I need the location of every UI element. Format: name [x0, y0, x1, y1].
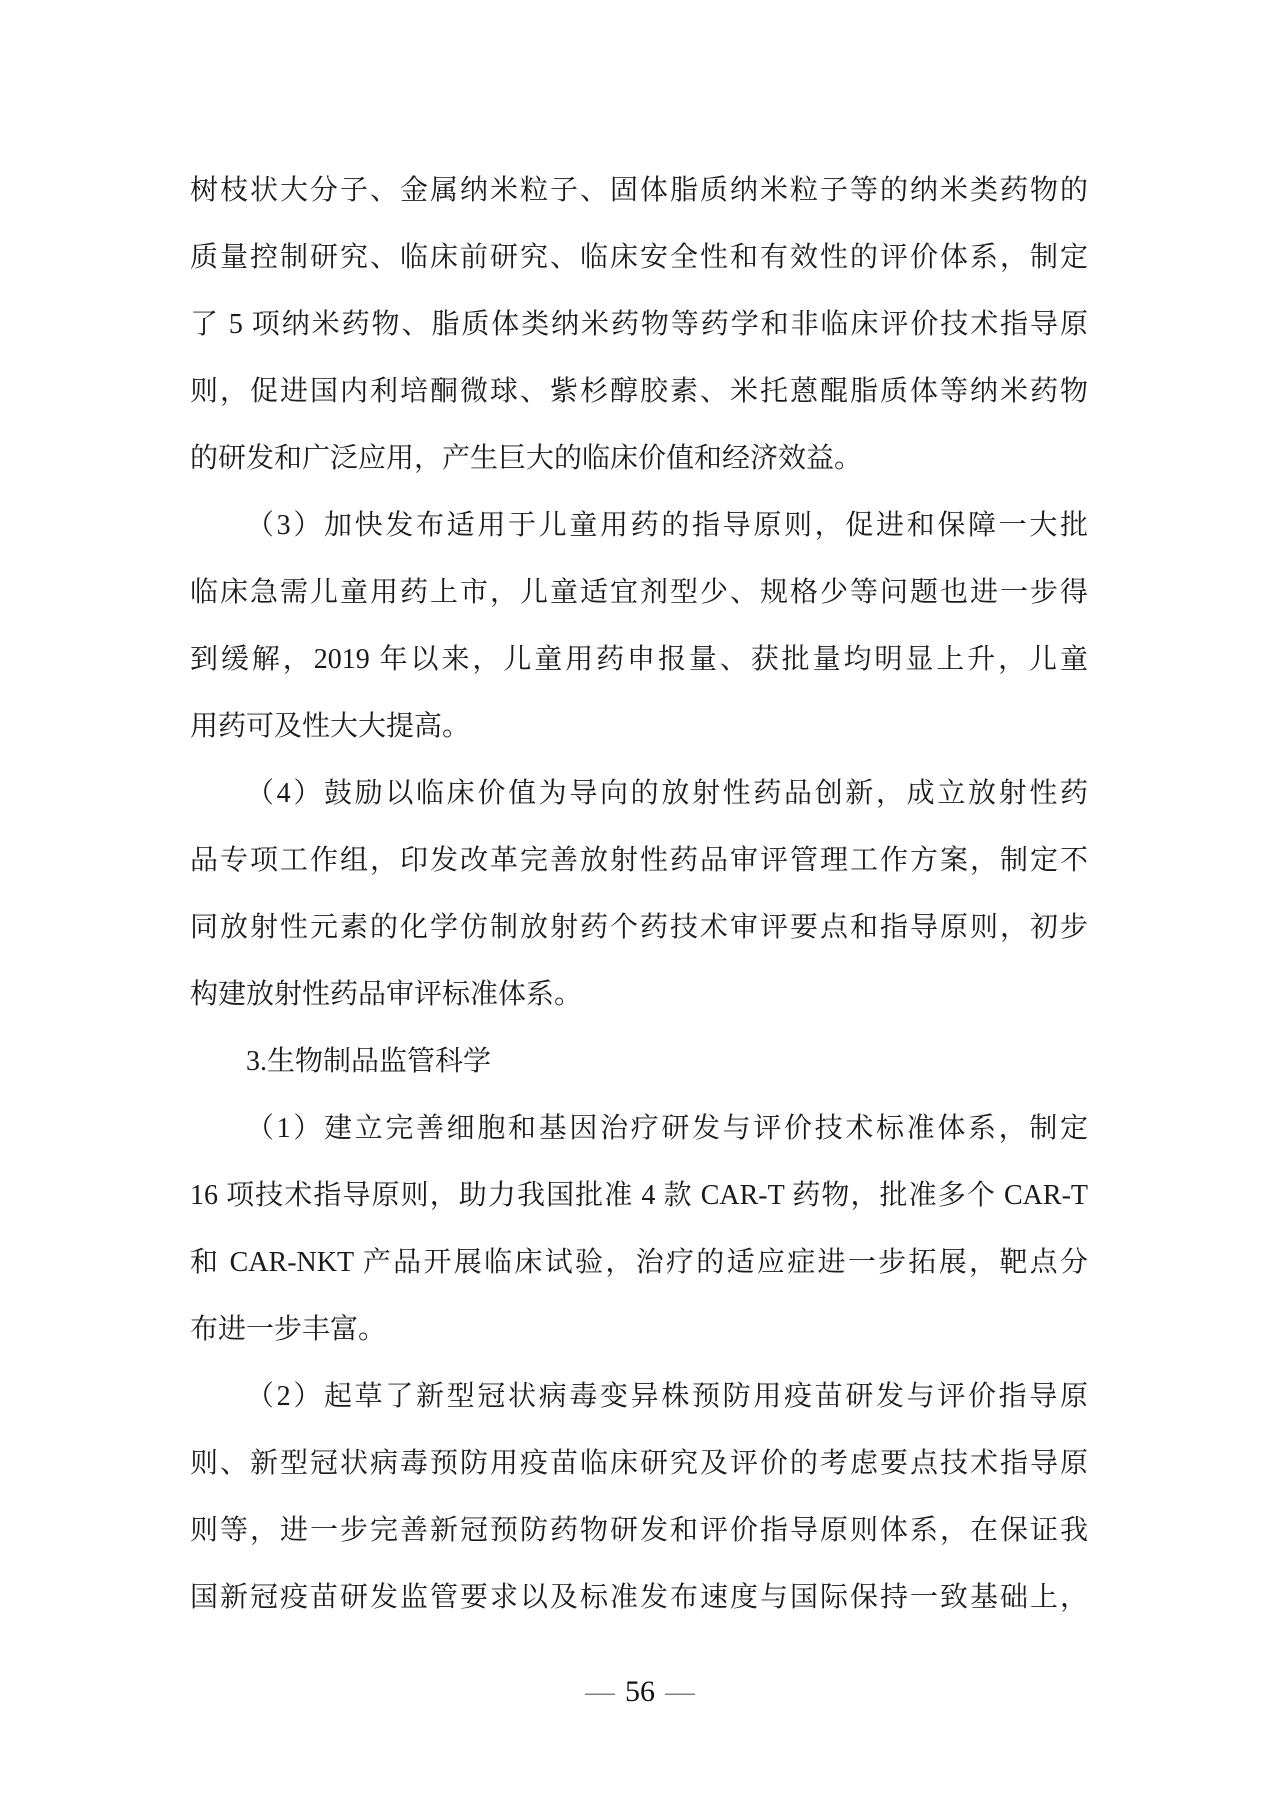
- text-line: 了 5 项纳米药物、脂质体类纳米药物等药学和非临床评价技术指导原: [190, 291, 1088, 358]
- document-page: 树枝状大分子、金属纳米粒子、固体脂质纳米粒子等的纳米类药物的质量控制研究、临床前…: [0, 0, 1280, 1810]
- body-text: 树枝状大分子、金属纳米粒子、固体脂质纳米粒子等的纳米类药物的质量控制研究、临床前…: [190, 157, 1088, 1631]
- text-line: （2）起草了新型冠状病毒变异株预防用疫苗研发与评价指导原: [190, 1363, 1088, 1430]
- text-line: 则，促进国内利培酮微球、紫杉醇胶素、米托蒽醌脂质体等纳米药物: [190, 358, 1088, 425]
- text-line: 3.生物制品监管科学: [190, 1028, 1088, 1095]
- text-line: 同放射性元素的化学仿制放射药个药技术审评要点和指导原则，初步: [190, 894, 1088, 961]
- text-line: （3）加快发布适用于儿童用药的指导原则，促进和保障一大批: [190, 492, 1088, 559]
- text-line: 用药可及性大大提高。: [190, 693, 1088, 760]
- text-line: 和 CAR-NKT 产品开展临床试验，治疗的适应症进一步拓展，靶点分: [190, 1229, 1088, 1296]
- text-line: 布进一步丰富。: [190, 1296, 1088, 1363]
- text-line: （4）鼓励以临床价值为导向的放射性药品创新，成立放射性药: [190, 760, 1088, 827]
- page-footer: —56—: [0, 1672, 1280, 1712]
- page-number: 56: [625, 1675, 655, 1708]
- text-line: 品专项工作组，印发改革完善放射性药品审评管理工作方案，制定不: [190, 827, 1088, 894]
- text-line: 临床急需儿童用药上市，儿童适宜剂型少、规格少等问题也进一步得: [190, 559, 1088, 626]
- text-line: 的研发和广泛应用，产生巨大的临床价值和经济效益。: [190, 425, 1088, 492]
- text-line: 则、新型冠状病毒预防用疫苗临床研究及评价的考虑要点技术指导原: [190, 1430, 1088, 1497]
- text-line: 树枝状大分子、金属纳米粒子、固体脂质纳米粒子等的纳米类药物的: [190, 157, 1088, 224]
- text-line: （1）建立完善细胞和基因治疗研发与评价技术标准体系，制定: [190, 1095, 1088, 1162]
- footer-dash-right: —: [665, 1675, 695, 1708]
- text-line: 质量控制研究、临床前研究、临床安全性和有效性的评价体系，制定: [190, 224, 1088, 291]
- footer-dash-left: —: [585, 1675, 615, 1708]
- text-line: 构建放射性药品审评标准体系。: [190, 961, 1088, 1028]
- text-line: 16 项技术指导原则，助力我国批准 4 款 CAR-T 药物，批准多个 CAR-…: [190, 1162, 1088, 1229]
- text-line: 国新冠疫苗研发监管要求以及标准发布速度与国际保持一致基础上，: [190, 1564, 1088, 1631]
- text-line: 到缓解，2019 年以来，儿童用药申报量、获批量均明显上升，儿童: [190, 626, 1088, 693]
- text-line: 则等，进一步完善新冠预防药物研发和评价指导原则体系，在保证我: [190, 1497, 1088, 1564]
